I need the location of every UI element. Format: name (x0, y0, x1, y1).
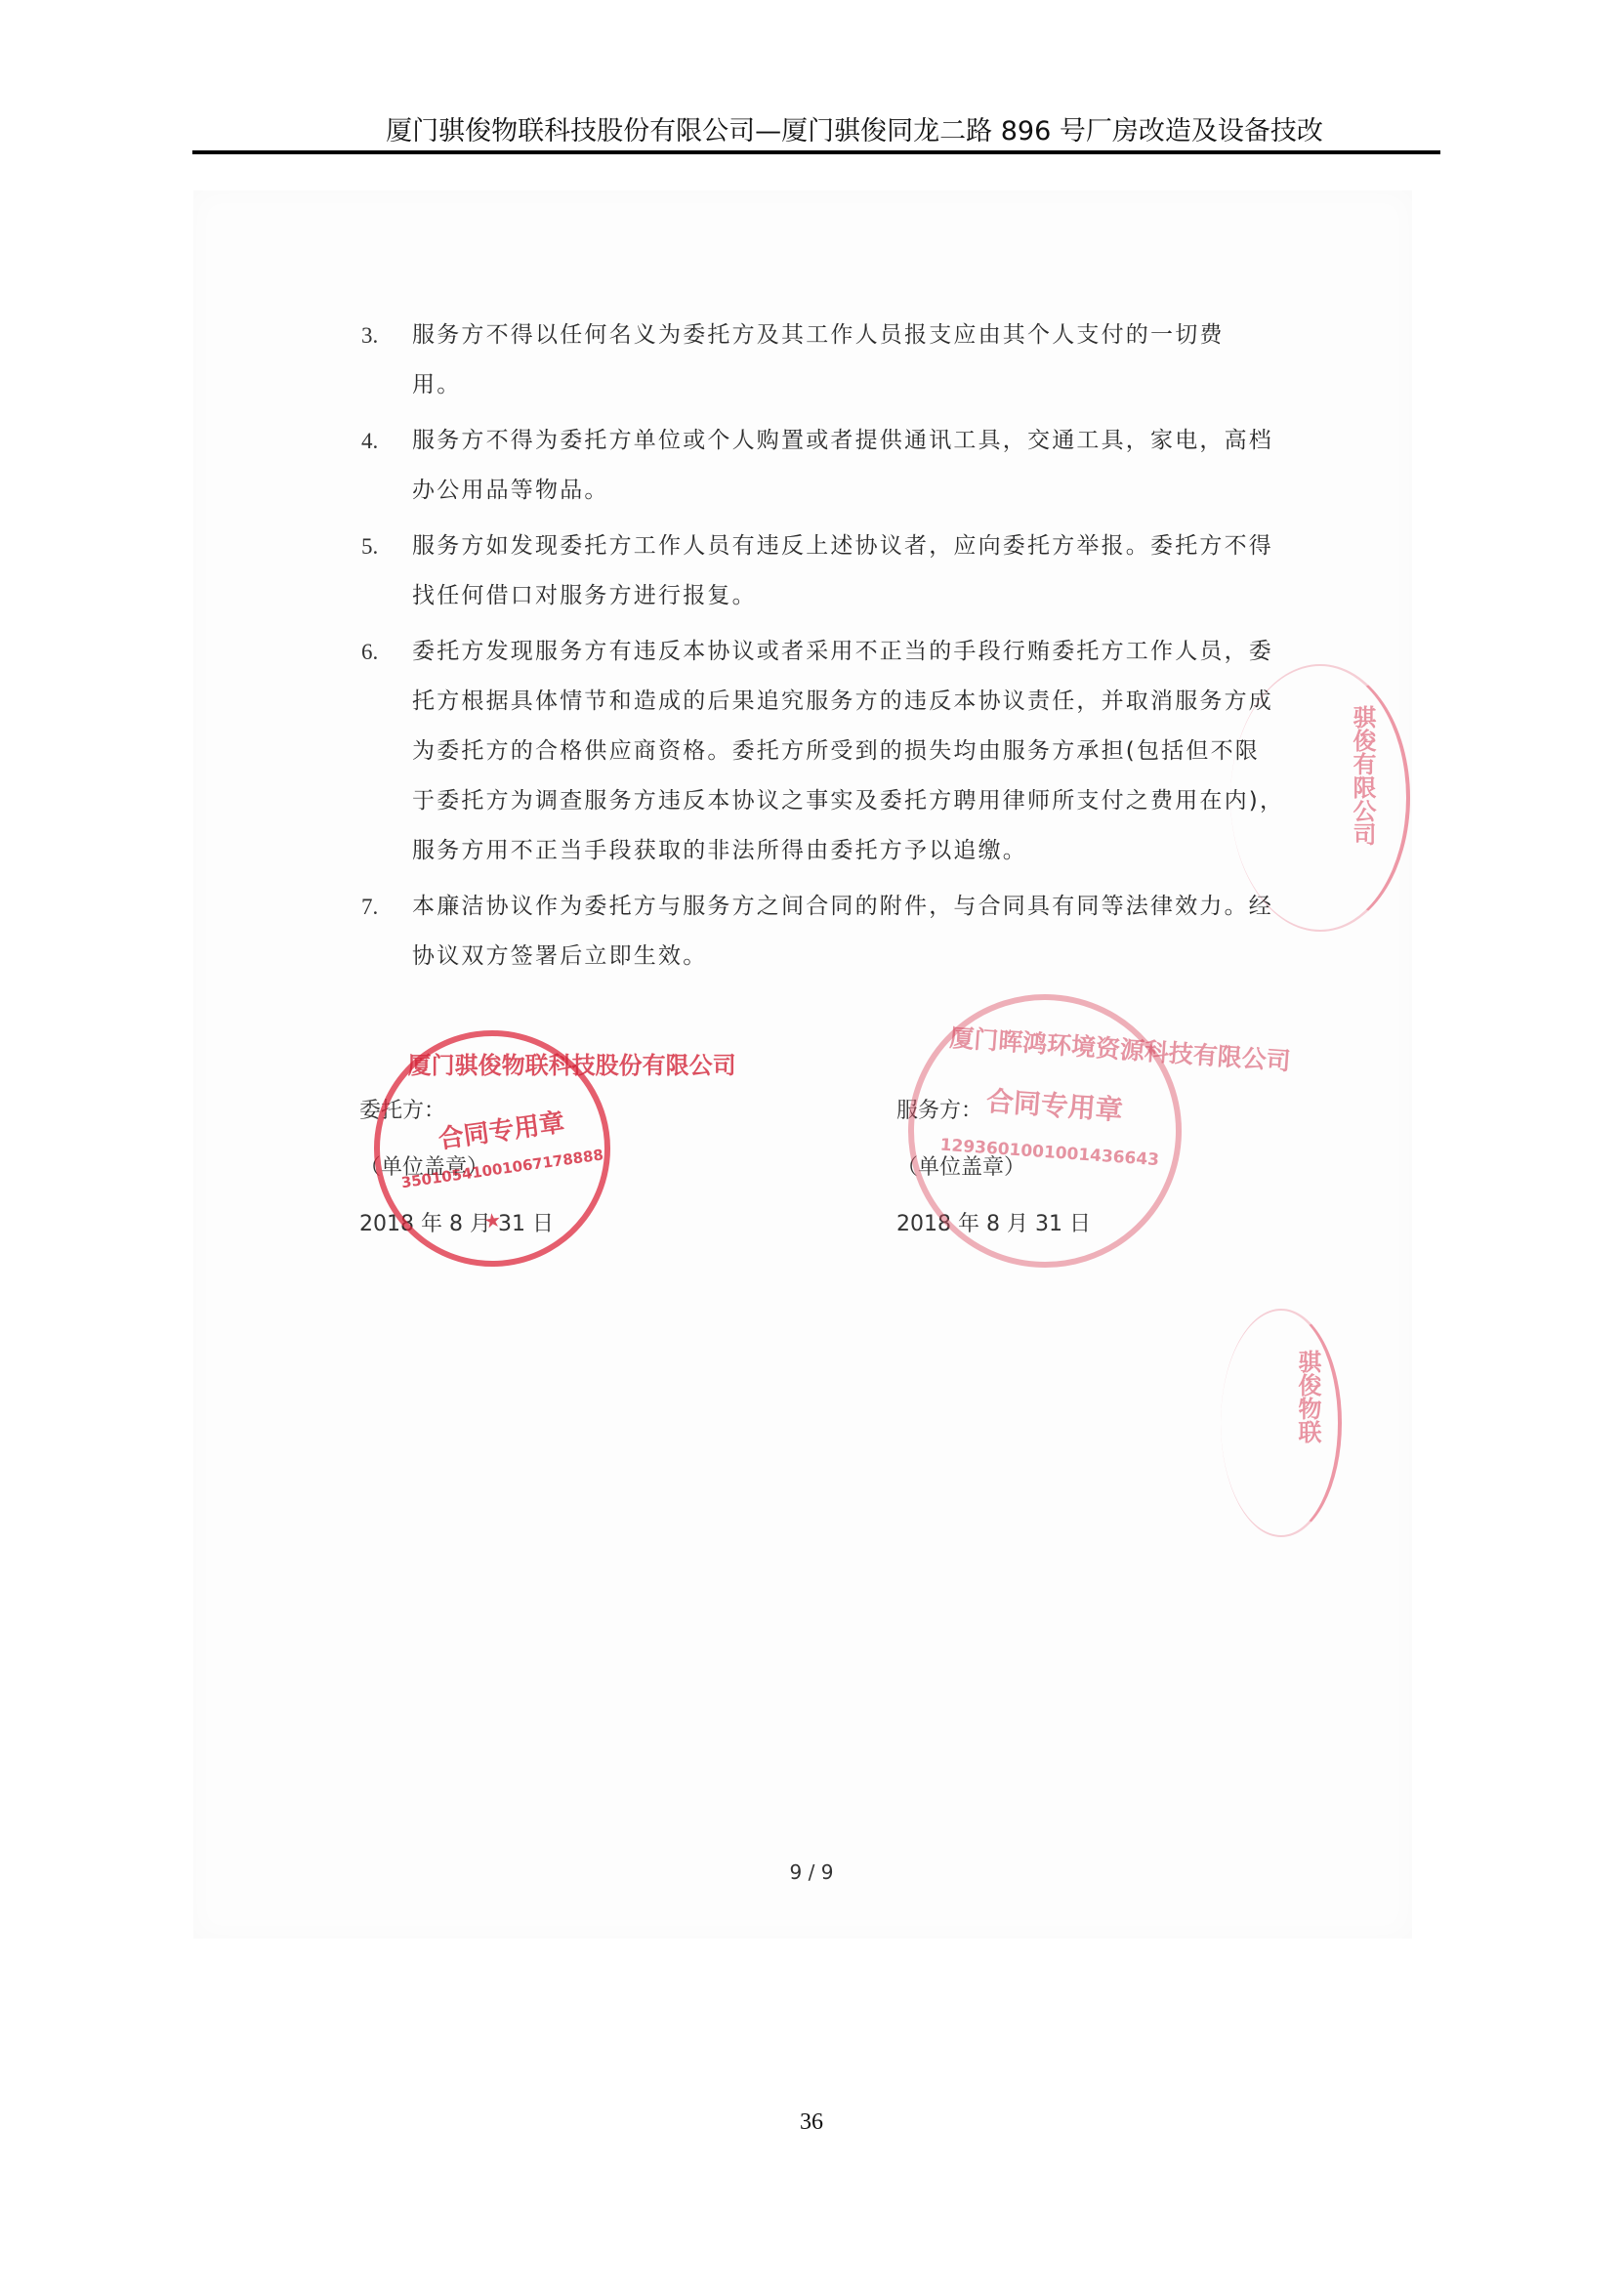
clause-text-line: 服务方用不正当手段获取的非法所得由委托方予以追缴。 (412, 826, 1279, 876)
clause-text-line: 找任何借口对服务方进行报复。 (412, 571, 1279, 621)
clause-item: 4.服务方不得为委托方单位或个人购置或者提供通讯工具，交通工具，家电，高档办公用… (361, 416, 1279, 516)
clause-text-line: 为委托方的合格供应商资格。委托方所受到的损失均由服务方承担(包括但不限 (412, 727, 1279, 776)
clause-text-line: 服务方不得为委托方单位或个人购置或者提供通讯工具，交通工具，家电，高档 (412, 416, 1279, 466)
clause-number: 3. (361, 311, 378, 360)
provider-seal-number: 1293601001001436643 (939, 1136, 1160, 1171)
edge-seal-stamp-top: 骐俊有限公司 (1230, 664, 1410, 932)
client-seal-company: 厦门骐俊物联科技股份有限公司 (408, 1046, 736, 1080)
clause-item: 5.服务方如发现委托方工作人员有违反上述协议者，应向委托方举报。委托方不得找任何… (361, 522, 1279, 621)
clause-text-line: 办公用品等物品。 (412, 466, 1279, 516)
clause-item: 3.服务方不得以任何名义为委托方及其工作人员报支应由其个人支付的一切费用。 (361, 311, 1279, 410)
header-divider (192, 150, 1440, 154)
clause-number: 5. (361, 522, 378, 571)
clause-text-line: 服务方不得以任何名义为委托方及其工作人员报支应由其个人支付的一切费 (412, 311, 1279, 360)
clause-number: 7. (361, 882, 378, 932)
clause-text-line: 本廉洁协议作为委托方与服务方之间合同的附件，与合同具有同等法律效力。经 (412, 882, 1279, 932)
clause-item: 6.委托方发现服务方有违反本协议或者采用不正当的手段行贿委托方工作人员，委托方根… (361, 627, 1279, 876)
client-seal-star-icon: ★ (482, 1208, 503, 1233)
client-seal-number: 35010541001067178888 (400, 1146, 604, 1191)
page-header-title: 厦门骐俊物联科技股份有限公司—厦门骐俊同龙二路 896 号厂房改造及设备技改 (293, 109, 1416, 147)
edge-seal-text-bottom: 骐俊物联 (1291, 1350, 1325, 1443)
clause-text-line: 服务方如发现委托方工作人员有违反上述协议者，应向委托方举报。委托方不得 (412, 522, 1279, 571)
edge-seal-stamp-bottom: 骐俊物联 (1221, 1309, 1342, 1537)
clause-text-line: 用。 (412, 360, 1279, 410)
edge-seal-text-top: 骐俊有限公司 (1346, 705, 1380, 846)
clause-item: 7.本廉洁协议作为委托方与服务方之间合同的附件，与合同具有同等法律效力。经协议双… (361, 882, 1279, 981)
provider-seal-type: 合同专用章 (985, 1080, 1124, 1129)
page-number: 36 (0, 2109, 1623, 2136)
clause-text-line: 托方根据具体情节和造成的后果追究服务方的违反本协议责任，并取消服务方成 (412, 677, 1279, 727)
clause-text-line: 协议双方签署后立即生效。 (412, 932, 1279, 981)
clause-number: 4. (361, 416, 378, 466)
clause-list: 3.服务方不得以任何名义为委托方及其工作人员报支应由其个人支付的一切费用。4.服… (361, 311, 1279, 987)
client-seal-type: 合同专用章 (436, 1103, 566, 1156)
document-page-indicator: 9 / 9 (0, 1860, 1623, 1884)
clause-text-line: 于委托方为调查服务方违反本协议之事实及委托方聘用律师所支付之费用在内)， (412, 776, 1279, 826)
clause-text-line: 委托方发现服务方有违反本协议或者采用不正当的手段行贿委托方工作人员，委 (412, 627, 1279, 677)
clause-number: 6. (361, 627, 378, 677)
